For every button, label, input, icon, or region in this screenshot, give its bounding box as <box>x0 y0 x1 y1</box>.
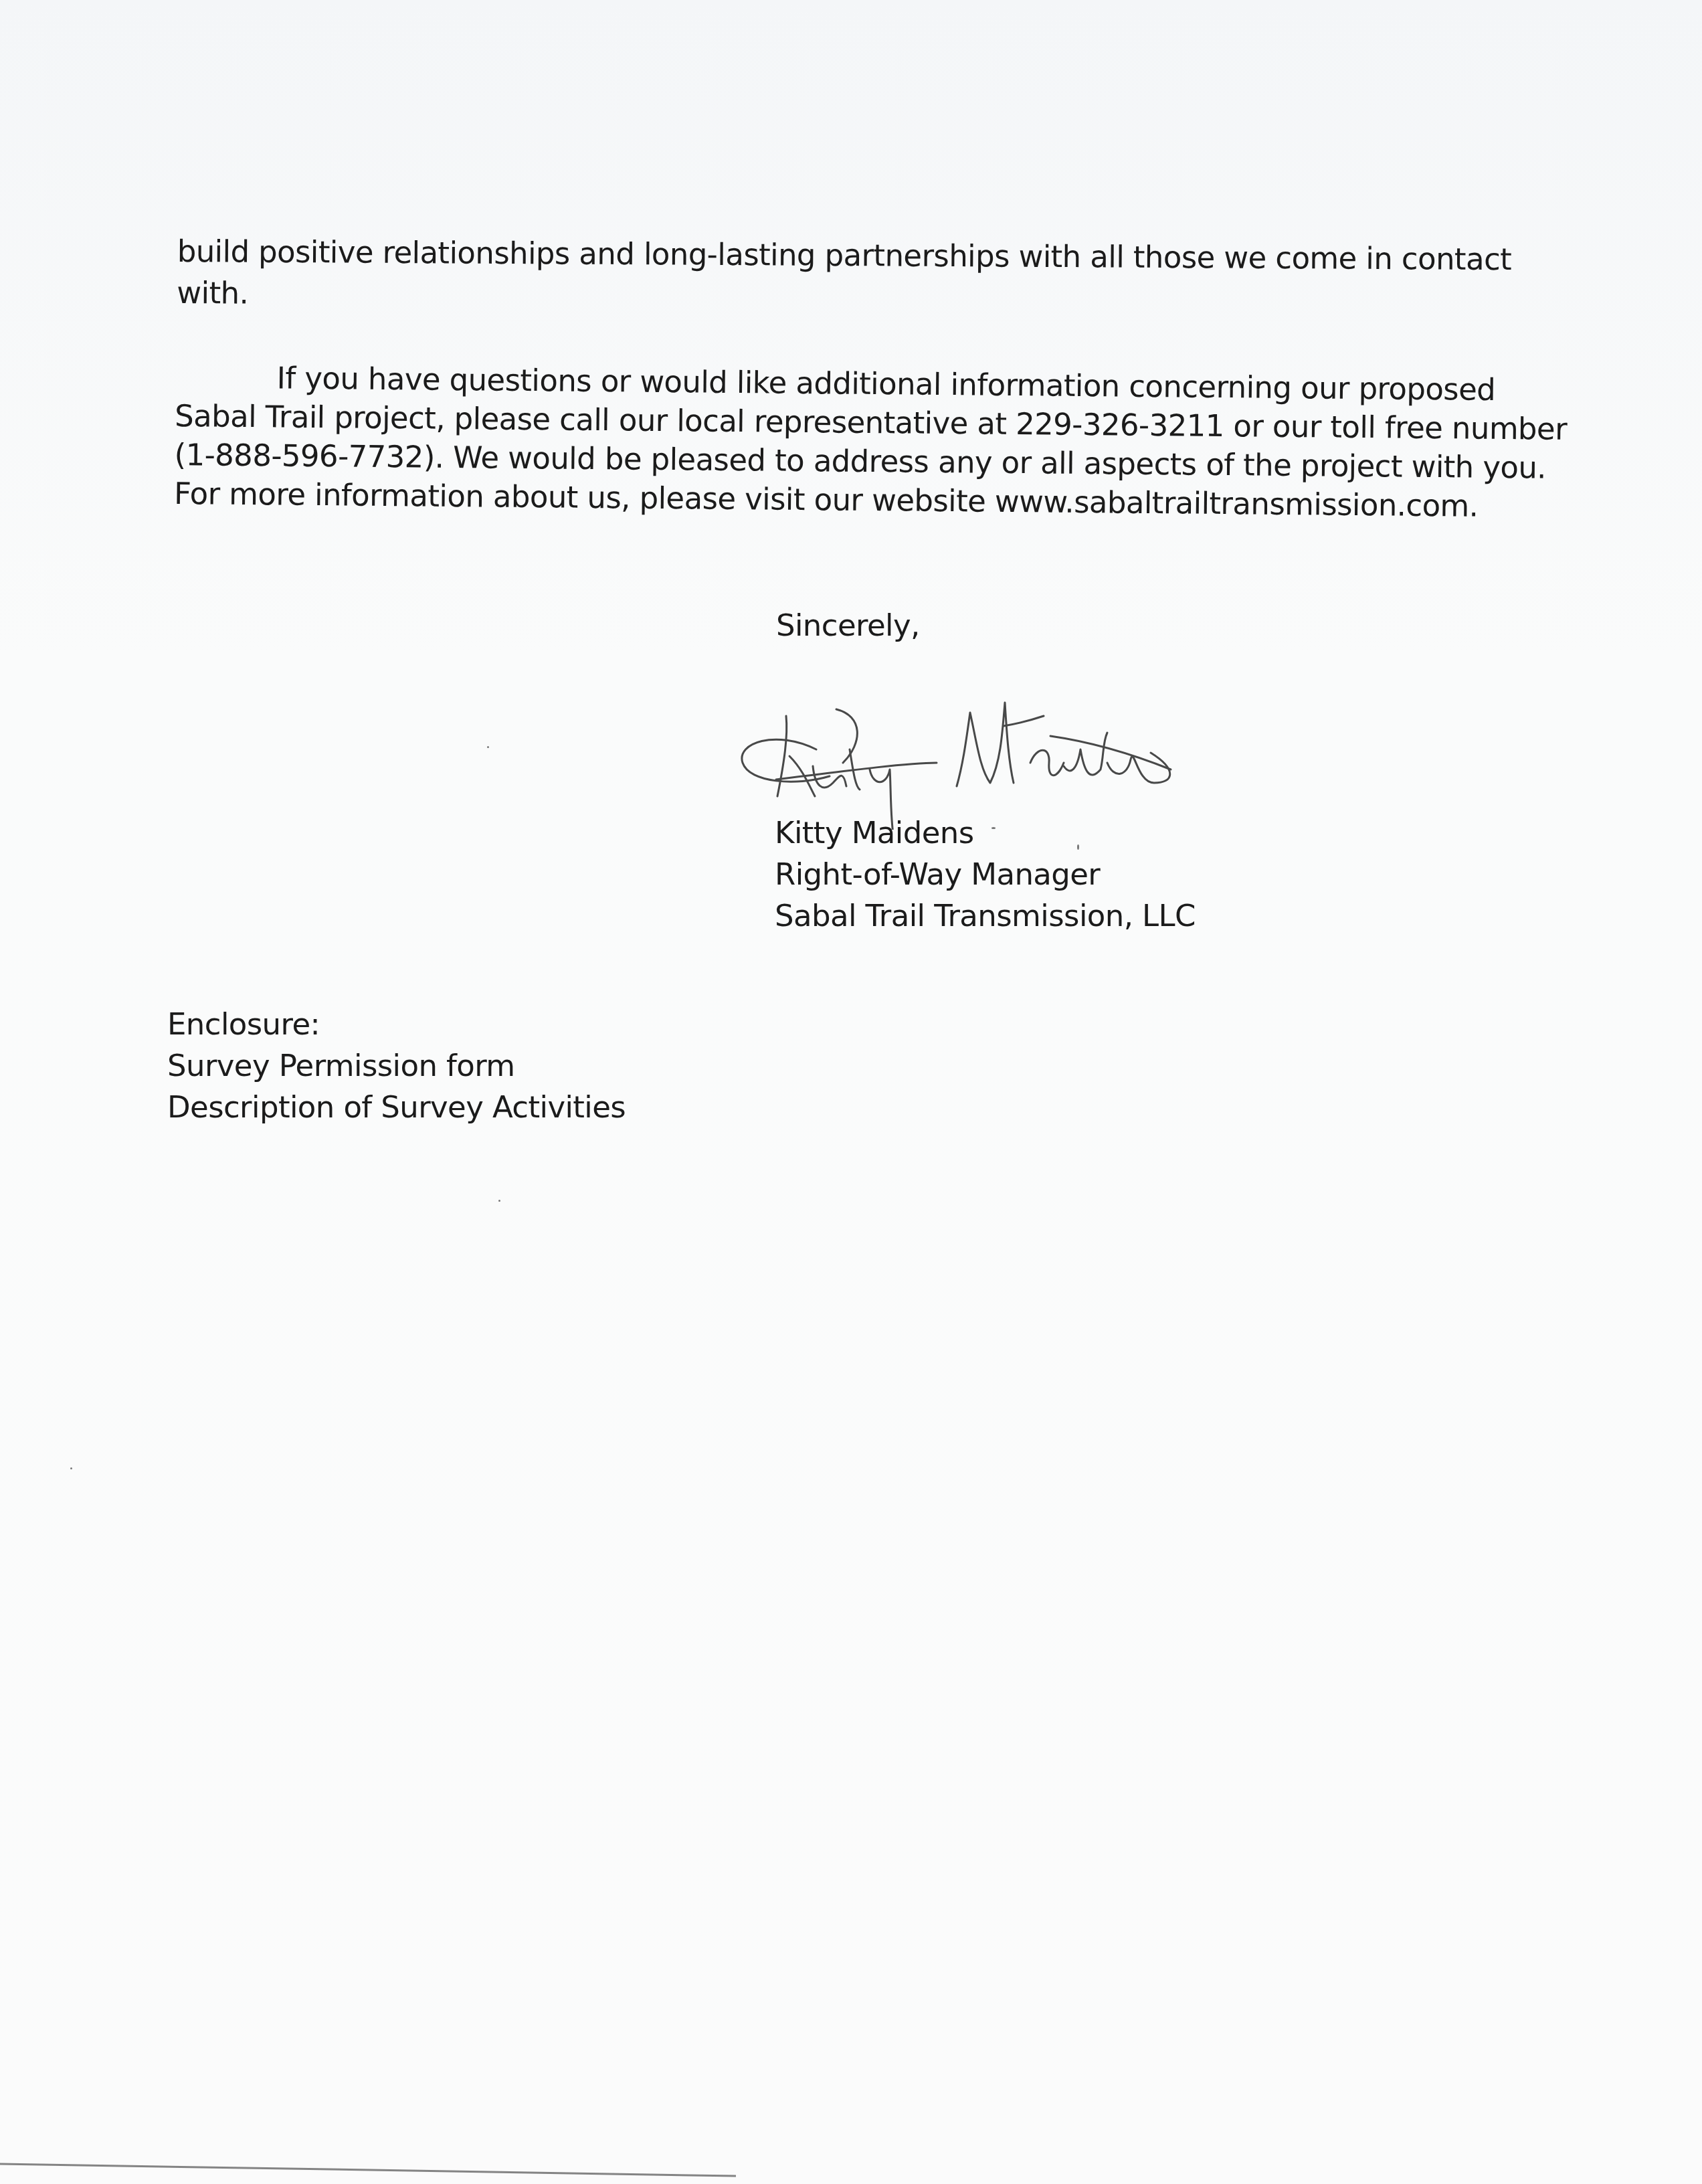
scan-speck <box>70 1467 72 1469</box>
scan-speck <box>487 746 489 748</box>
paragraph-line: with. <box>177 272 1511 322</box>
scan-speck <box>498 1200 500 1202</box>
enclosure-item: Survey Permission form <box>167 1045 626 1087</box>
closing-salutation: Sincerely, <box>776 608 920 643</box>
enclosure-item: Description of Survey Activities <box>167 1087 626 1128</box>
paragraph-relationships: build positive relationships and long-la… <box>177 231 1511 322</box>
enclosure-list: Enclosure: Survey Permission form Descri… <box>167 1004 626 1128</box>
scan-edge-shadow <box>0 2157 1702 2184</box>
signature-block: Kitty Maidens Right-of-Way Manager Sabal… <box>775 812 1196 937</box>
signer-title: Right-of-Way Manager <box>775 854 1196 895</box>
scan-speck <box>991 827 996 829</box>
paragraph-contact-info: If you have questions or would like addi… <box>174 358 1568 527</box>
signer-name: Kitty Maidens <box>775 812 1196 854</box>
handwritten-signature-icon <box>736 669 1177 830</box>
scanned-letter-page: build positive relationships and long-la… <box>0 0 1702 2184</box>
paragraph-line: build positive relationships and long-la… <box>177 231 1512 280</box>
signer-company: Sabal Trail Transmission, LLC <box>775 895 1196 937</box>
scan-speck <box>1077 844 1079 850</box>
enclosure-heading: Enclosure: <box>167 1004 626 1045</box>
